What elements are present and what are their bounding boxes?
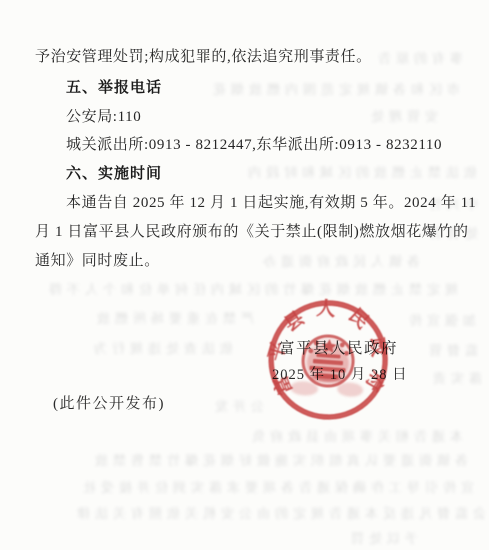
bleed-through-mark: 规定禁止燃放烟花爆竹的区域内任何单位和个人不得: [30, 279, 458, 296]
section-heading-report-phones: 五、举报电话: [66, 76, 162, 97]
publish-note: (此件公开发布): [53, 392, 165, 413]
body-line: 公安局:110: [66, 105, 141, 126]
body-line: 城关派出所:0913 - 8212447,东华派出所:0913 - 823211…: [66, 133, 442, 154]
bleed-through-mark: 加强宣传: [398, 310, 476, 327]
body-line: 月 1 日富平县人民政府颁布的《关于禁止(限制)燃放烟花爆竹的: [35, 220, 469, 241]
body-line: 本通告自 2025 年 12 月 1 日起实施,有效期 5 年。2024 年 1…: [66, 191, 476, 212]
bleed-through-mark: 事有的原告: [368, 48, 463, 65]
bleed-through-mark: 监督管: [420, 340, 478, 357]
section-heading-implementation-time: 六、实施时间: [66, 162, 162, 183]
bleed-through-mark: 落实责: [430, 368, 482, 385]
bleed-through-mark: 公开发: [176, 396, 264, 413]
bleed-through-mark: 依法禁止燃放的区域和时段内: [205, 162, 477, 179]
official-seal: 富平县人民政府: [251, 289, 404, 435]
body-line: 通知》同时废止。: [35, 249, 160, 270]
bleed-through-mark: 依法查处违规行为: [28, 338, 233, 355]
bleed-through-mark: 各镇街道要认真组织实施做好烟花爆竹禁售禁放: [36, 450, 468, 467]
bleed-through-mark: 宣传引导工作确保通告各项要求落实到位并接受社: [30, 477, 474, 494]
body-line: 予治安管理处罚;构成犯罪的,依法追究刑事责任。: [35, 45, 372, 66]
document-page: 予治安管理处罚;构成犯罪的,依法追究刑事责任。 五、举报电话 公安局:110 城…: [0, 0, 489, 550]
bleed-through-mark: 各镇人民政府街道办: [230, 251, 420, 268]
bleed-through-mark: 安管理处: [368, 106, 438, 123]
bleed-through-mark: 会监督凡违反本通告规定的由公安机关依照有关法律: [28, 503, 486, 520]
bleed-through-mark: 市区和各镇规定范围内燃放烟花: [150, 79, 460, 96]
bleed-through-mark: 严禁在重要场所燃放: [28, 308, 254, 325]
national-emblem-icon: [301, 334, 354, 387]
bleed-through-mark: 予以处罚: [300, 528, 418, 545]
